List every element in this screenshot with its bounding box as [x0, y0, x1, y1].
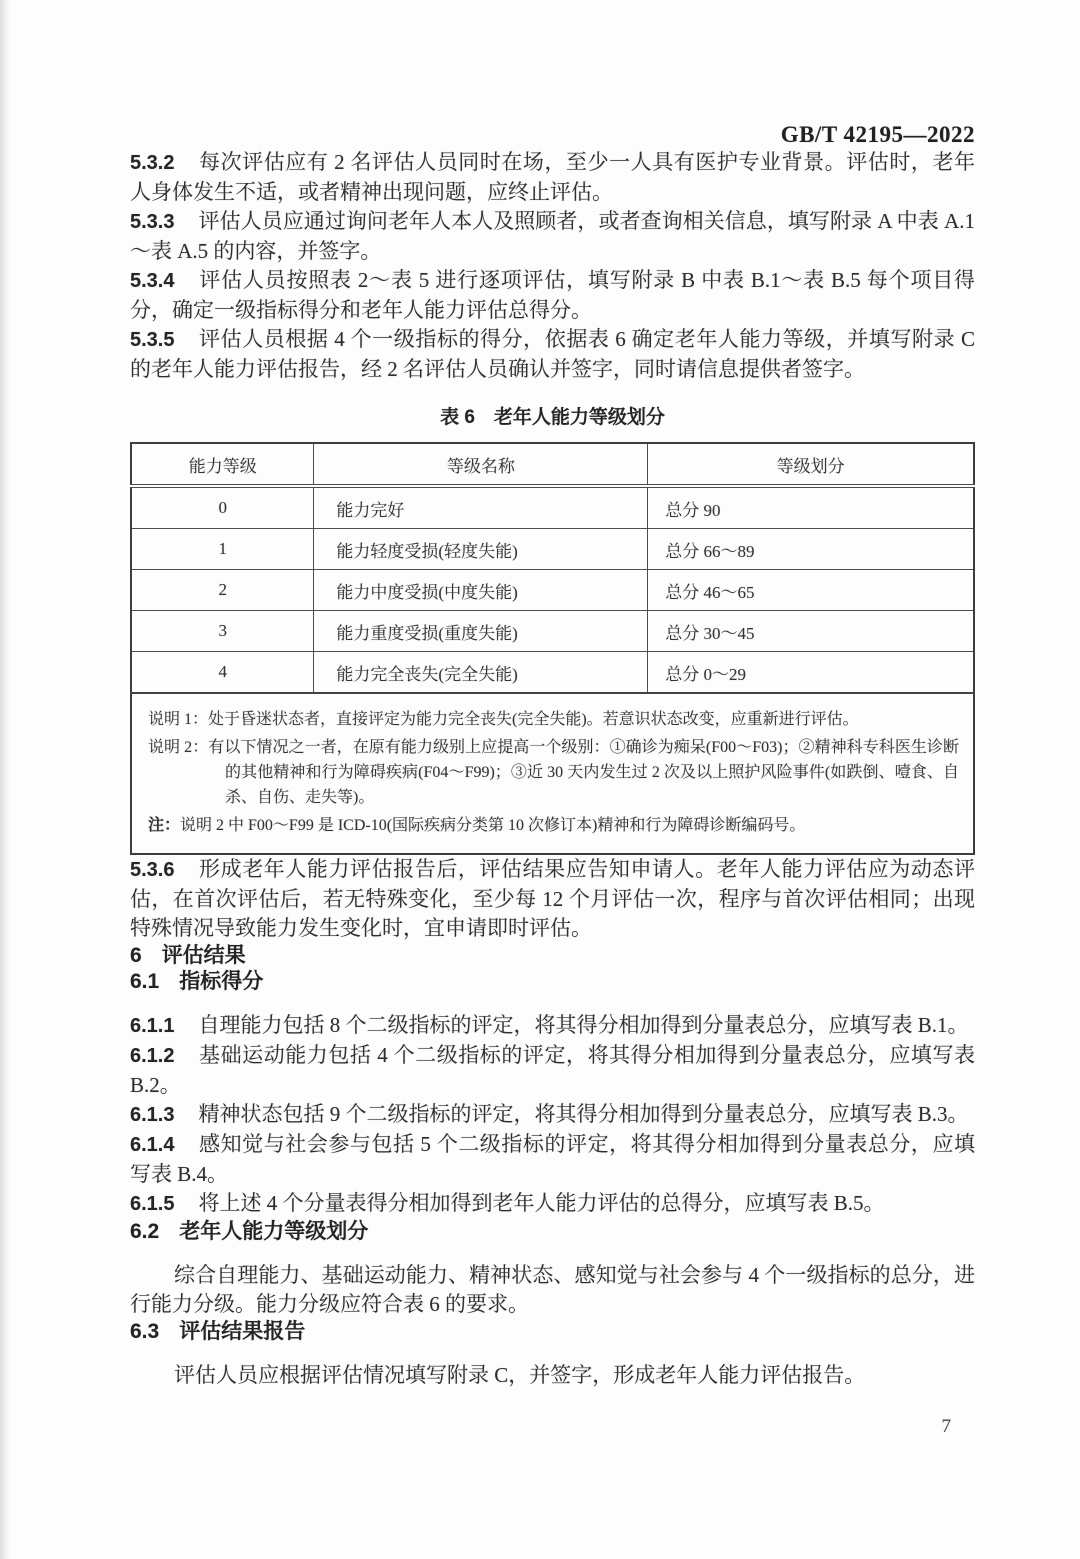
clause-number: 5.3.2 — [130, 152, 174, 174]
cell-range: 总分 90 — [648, 486, 974, 529]
clause-6-1-3: 6.1.3精神状态包括 9 个二级指标的评定，将其得分相加得到分量表总分，应填写… — [130, 1100, 975, 1130]
table-row: 2 能力中度受损(中度失能) 总分 46～65 — [131, 570, 974, 611]
document-header: GB/T 42195—2022 — [130, 0, 975, 148]
capability-grade-table: 能力等级 等级名称 等级划分 0 能力完好 总分 90 1 能力轻度受损(轻度失… — [130, 442, 975, 855]
clause-6-1-2: 6.1.2基础运动能力包括 4 个二级指标的评定，将其得分相加得到分量表总分，应… — [130, 1041, 975, 1100]
table-row: 0 能力完好 总分 90 — [131, 486, 974, 529]
cell-grade: 2 — [131, 570, 314, 611]
clause-6-1-5: 6.1.5将上述 4 个分量表得分相加得到老年人能力评估的总得分，应填写表 B.… — [130, 1189, 975, 1219]
section-title: 老年人能力等级划分 — [179, 1220, 368, 1243]
section-number: 6.2 — [130, 1220, 159, 1243]
clause-text: 评估人员按照表 2～表 5 进行逐项评估，填写附录 B 中表 B.1～表 B.5… — [130, 268, 975, 322]
clause-5-3-5: 5.3.5评估人员根据 4 个一级指标的得分，依据表 6 确定老年人能力等级，并… — [130, 325, 975, 384]
clause-number: 6.1.1 — [130, 1015, 174, 1037]
clause-text: 基础运动能力包括 4 个二级指标的评定，将其得分相加得到分量表总分，应填写表 B… — [130, 1043, 975, 1097]
clause-number: 6.1.5 — [130, 1193, 174, 1215]
clause-text: 每次评估应有 2 名评估人员同时在场，至少一人具有医护专业背景。评估时，老年人身… — [130, 150, 975, 204]
cell-range: 总分 66～89 — [648, 529, 974, 570]
section-number: 6 — [130, 944, 142, 967]
section-title: 评估结果 — [162, 944, 246, 967]
clause-number: 5.3.4 — [130, 270, 174, 292]
clause-text: 评估人员根据 4 个一级指标的得分，依据表 6 确定老年人能力等级，并填写附录 … — [130, 327, 975, 381]
paragraph-6-2: 综合自理能力、基础运动能力、精神状态、感知觉与社会参与 4 个一级指标的总分，进… — [130, 1261, 975, 1319]
cell-grade: 0 — [131, 486, 314, 529]
cell-name: 能力轻度受损(轻度失能) — [314, 529, 648, 570]
section-heading-6-1: 6.1指标得分 — [130, 969, 975, 995]
clause-number: 6.1.3 — [130, 1104, 174, 1126]
table-notes-cell: 说明 1：处于昏迷状态者，直接评定为能力完全丧失(完全失能)。若意识状态改变，应… — [131, 693, 974, 854]
note-text: 处于昏迷状态者，直接评定为能力完全丧失(完全失能)。若意识状态改变，应重新进行评… — [208, 711, 859, 728]
section-number: 6.3 — [130, 1320, 159, 1343]
clause-number: 6.1.2 — [130, 1045, 174, 1067]
column-header-range: 等级划分 — [648, 443, 974, 486]
table-note-1: 说明 1：处于昏迷状态者，直接评定为能力完全丧失(完全失能)。若意识状态改变，应… — [148, 707, 959, 732]
page-content: GB/T 42195—2022 5.3.2每次评估应有 2 名评估人员同时在场，… — [0, 0, 1080, 1438]
table-notes-row: 说明 1：处于昏迷状态者，直接评定为能力完全丧失(完全失能)。若意识状态改变，应… — [131, 693, 974, 854]
cell-range: 总分 0～29 — [648, 652, 974, 694]
footnote-text: 说明 2 中 F00～F99 是 ICD-10(国际疾病分类第 10 次修订本)… — [180, 817, 805, 834]
clause-text: 形成老年人能力评估报告后，评估结果应告知申请人。老年人能力评估应为动态评估，在首… — [130, 857, 975, 940]
clause-5-3-2: 5.3.2每次评估应有 2 名评估人员同时在场，至少一人具有医护专业背景。评估时… — [130, 148, 975, 207]
note-label: 说明 2： — [148, 739, 208, 756]
paragraph-6-3: 评估人员应根据评估情况填写附录 C，并签字，形成老年人能力评估报告。 — [130, 1361, 975, 1390]
table-note-2: 说明 2：有以下情况之一者，在原有能力级别上应提高一个级别：①确诊为痴呆(F00… — [148, 735, 959, 810]
clause-text: 自理能力包括 8 个二级指标的评定，将其得分相加得到分量表总分，应填写表 B.1… — [198, 1013, 968, 1037]
section-title: 指标得分 — [179, 970, 263, 993]
clause-5-3-3: 5.3.3评估人员应通过询问老年人本人及照顾者，或者查询相关信息，填写附录 A … — [130, 207, 975, 266]
cell-name: 能力完好 — [314, 486, 648, 529]
note-label: 说明 1： — [148, 711, 208, 728]
column-header-name: 等级名称 — [314, 443, 648, 486]
section-heading-6-3: 6.3评估结果报告 — [130, 1319, 975, 1345]
clause-number: 5.3.6 — [130, 859, 174, 881]
clause-list-6-1: 6.1.1自理能力包括 8 个二级指标的评定，将其得分相加得到分量表总分，应填写… — [130, 1011, 975, 1219]
cell-grade: 4 — [131, 652, 314, 694]
clause-text: 精神状态包括 9 个二级指标的评定，将其得分相加得到分量表总分，应填写表 B.3… — [198, 1102, 968, 1126]
section-number: 6.1 — [130, 970, 159, 993]
table-row: 4 能力完全丧失(完全失能) 总分 0～29 — [131, 652, 974, 694]
clause-number: 5.3.5 — [130, 329, 174, 351]
clause-number: 6.1.4 — [130, 1134, 174, 1156]
standard-number: GB/T 42195—2022 — [781, 122, 975, 147]
clause-text: 感知觉与社会参与包括 5 个二级指标的评定，将其得分相加得到分量表总分，应填写表… — [130, 1132, 975, 1186]
table-row: 3 能力重度受损(重度失能) 总分 30～45 — [131, 611, 974, 652]
table-caption: 表 6 老年人能力等级划分 — [130, 402, 975, 429]
document-page: GB/T 42195—2022 5.3.2每次评估应有 2 名评估人员同时在场，… — [0, 0, 1080, 1559]
clause-6-1-1: 6.1.1自理能力包括 8 个二级指标的评定，将其得分相加得到分量表总分，应填写… — [130, 1011, 975, 1041]
cell-grade: 1 — [131, 529, 314, 570]
cell-range: 总分 30～45 — [648, 611, 974, 652]
table-footnote: 注：说明 2 中 F00～F99 是 ICD-10(国际疾病分类第 10 次修订… — [148, 813, 959, 838]
page-edge-shadow — [0, 0, 10, 1559]
clause-5-3-4: 5.3.4评估人员按照表 2～表 5 进行逐项评估，填写附录 B 中表 B.1～… — [130, 266, 975, 325]
cell-name: 能力中度受损(中度失能) — [314, 570, 648, 611]
cell-name: 能力重度受损(重度失能) — [314, 611, 648, 652]
cell-range: 总分 46～65 — [648, 570, 974, 611]
clause-6-1-4: 6.1.4感知觉与社会参与包括 5 个二级指标的评定，将其得分相加得到分量表总分… — [130, 1130, 975, 1189]
column-header-grade: 能力等级 — [131, 443, 314, 486]
cell-grade: 3 — [131, 611, 314, 652]
section-heading-6: 6评估结果 — [130, 943, 975, 969]
footnote-label: 注： — [148, 817, 180, 834]
table-header-row: 能力等级 等级名称 等级划分 — [131, 443, 974, 486]
table-row: 1 能力轻度受损(轻度失能) 总分 66～89 — [131, 529, 974, 570]
clause-text: 评估人员应通过询问老年人本人及照顾者，或者查询相关信息，填写附录 A 中表 A.… — [130, 209, 975, 263]
section-heading-6-2: 6.2老年人能力等级划分 — [130, 1219, 975, 1245]
clause-5-3-6: 5.3.6形成老年人能力评估报告后，评估结果应告知申请人。老年人能力评估应为动态… — [130, 855, 975, 943]
note-text: 有以下情况之一者，在原有能力级别上应提高一个级别：①确诊为痴呆(F00～F03)… — [208, 739, 959, 806]
clause-text: 将上述 4 个分量表得分相加得到老年人能力评估的总得分，应填写表 B.5。 — [198, 1191, 884, 1215]
section-title: 评估结果报告 — [179, 1320, 305, 1343]
clause-number: 5.3.3 — [130, 211, 174, 233]
cell-name: 能力完全丧失(完全失能) — [314, 652, 648, 694]
page-number: 7 — [130, 1416, 975, 1438]
